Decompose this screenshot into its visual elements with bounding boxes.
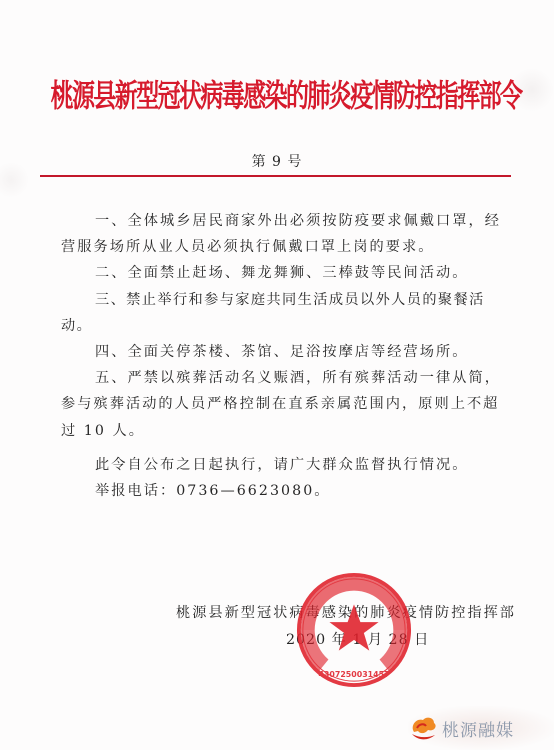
red-divider-rule [40, 175, 511, 177]
order-effective-statement: 此令自公布之日起执行，请广大群众监督执行情况。 [61, 452, 501, 478]
media-watermark: 桃源融媒 [408, 706, 554, 750]
document-number: 第 9 号 [0, 151, 554, 171]
paragraph-item-3: 三、禁止举行和参与家庭共同生活成员以外人员的聚餐活动。 [61, 287, 501, 339]
star-icon: 4307250031457 [295, 571, 413, 689]
paragraph-item-1: 一、全体城乡居民商家外出必须按防疫要求佩戴口罩，经营服务场所从业人员必须执行佩戴… [61, 208, 501, 260]
brand-logo-icon [408, 714, 438, 742]
official-seal: 4307250031457 [295, 571, 413, 689]
document-body: 一、全体城乡居民商家外出必须按防疫要求佩戴口罩，经营服务场所从业人员必须执行佩戴… [61, 208, 501, 504]
watermark-text: 桃源融媒 [442, 716, 514, 741]
paragraph-item-5: 五、严禁以殡葬活动名义赈酒，所有殡葬活动一律从简，参与殡葬活动的人员严格控制在直… [61, 365, 501, 444]
paragraph-item-4: 四、全面关停茶楼、茶馆、足浴按摩店等经营场所。 [61, 339, 501, 365]
report-hotline: 举报电话：0736—6623080。 [61, 478, 501, 504]
svg-text:4307250031457: 4307250031457 [318, 670, 389, 679]
document-title: 桃源县新型冠状病毒感染的肺炎疫情防控指挥部令 [48, 69, 524, 126]
paragraph-item-2: 二、全面禁止赶场、舞龙舞狮、三棒鼓等民间活动。 [61, 260, 501, 286]
